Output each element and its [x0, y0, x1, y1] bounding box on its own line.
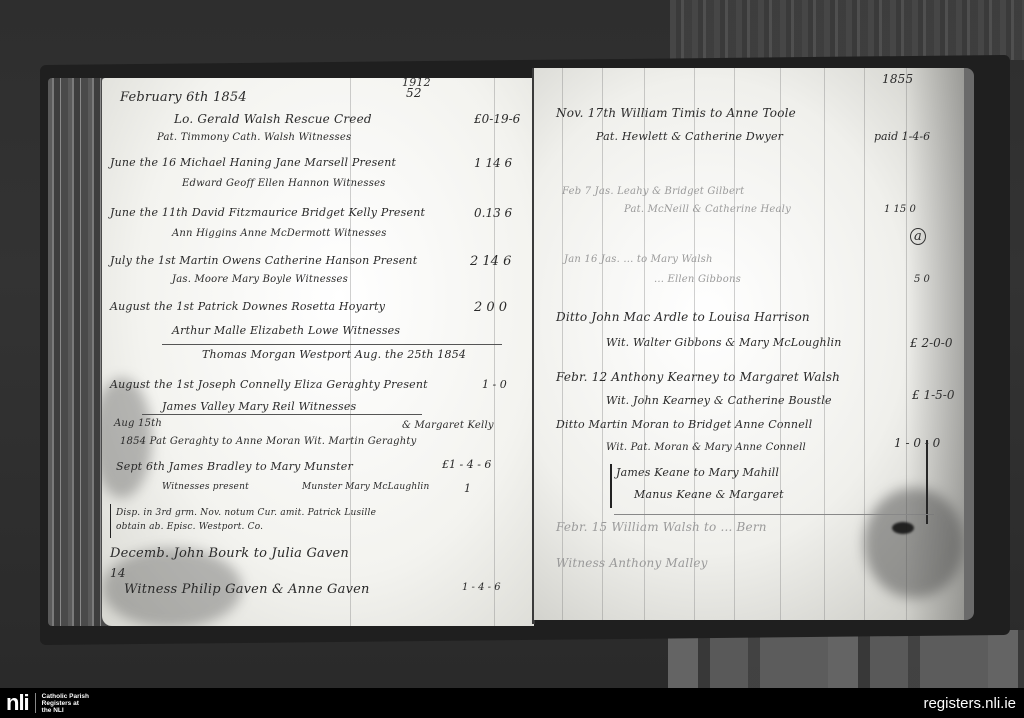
ruled-line — [602, 68, 603, 620]
footer-bar: nli Catholic Parish Registers at the NLI… — [0, 688, 1024, 718]
register-entry-line: February 6th 1854 — [120, 90, 247, 105]
bracket-mark — [926, 440, 928, 524]
logo-caption: Catholic Parish Registers at the NLI — [42, 693, 90, 714]
register-entry-line: Lo. Gerald Walsh Rescue Creed — [174, 112, 372, 126]
register-entry-line: James Valley Mary Reil Witnesses — [162, 400, 356, 413]
separator-line — [614, 514, 934, 515]
register-entry-line: Pat. Timmony Cath. Walsh Witnesses — [157, 132, 351, 143]
register-entry-line: Pat. McNeill & Catherine Healy — [624, 204, 791, 215]
register-entry-line: Disp. in 3rd grm. Nov. notum Cur. amit. … — [116, 508, 376, 518]
logo-caption-line: the NLI — [42, 707, 64, 714]
register-entry-line: Pat. Hewlett & Catherine Dwyer — [596, 130, 783, 143]
register-entry-line: Edward Geoff Ellen Hannon Witnesses — [182, 178, 386, 189]
register-entry-line: ... Ellen Gibbons — [654, 274, 741, 285]
register-entry-line: Witness Philip Gaven & Anne Gaven — [124, 582, 370, 597]
fee-amount: £1 - 4 - 6 — [442, 458, 491, 471]
right-page: 1855 a Nov. 17th William Timis to Anne T… — [534, 68, 974, 620]
register-entry-line: June the 11th David Fitzmaurice Bridget … — [110, 206, 425, 219]
fee-amount: 0.13 6 — [474, 206, 512, 220]
register-entry-line: obtain ab. Episc. Westport. Co. — [116, 522, 263, 532]
fee-amount: £ 1-5-0 — [912, 388, 954, 402]
register-entry-line: Jan 16 Jas. ... to Mary Walsh — [564, 254, 713, 265]
fee-amount: 2 14 6 — [470, 254, 511, 269]
ruled-line — [906, 68, 907, 620]
register-entry-line: August the 1st Patrick Downes Rosetta Ho… — [110, 300, 385, 313]
register-entry-line: Aug 15th — [114, 418, 162, 429]
site-link[interactable]: registers.nli.ie — [923, 695, 1016, 712]
register-scan-image: 1912 52 February 6th 1854Lo. Gerald Wals… — [0, 0, 1024, 688]
register-entry-line: 14 — [110, 566, 126, 580]
register-entry-line: Febr. 12 Anthony Kearney to Margaret Wal… — [556, 370, 840, 384]
register-entry-line: June the 16 Michael Haning Jane Marsell … — [110, 156, 396, 169]
book-page-edges — [48, 78, 110, 626]
nli-logo-mark: nli — [6, 692, 29, 714]
register-entry-line: Wit. John Kearney & Catherine Boustle — [606, 394, 832, 407]
separator-line — [142, 414, 422, 415]
fee-amount: paid 1-4-6 — [874, 130, 930, 143]
ink-stain — [864, 488, 964, 598]
fee-amount: 1 - 4 - 6 — [462, 582, 501, 593]
background-wood-texture — [670, 0, 1024, 60]
year-heading: 1855 — [882, 72, 913, 86]
register-entry-line: Munster Mary McLaughlin — [302, 482, 429, 492]
bracket-mark — [610, 464, 612, 508]
register-entry-line: Thomas Morgan Westport Aug. the 25th 185… — [202, 348, 466, 361]
logo-caption-line: Catholic Parish — [42, 693, 89, 700]
fee-amount: 1 15 0 — [884, 204, 916, 215]
register-entry-line: July the 1st Martin Owens Catherine Hans… — [110, 254, 417, 267]
register-entry-line: 1854 Pat Geraghty to Anne Moran Wit. Mar… — [120, 436, 417, 447]
separator-line — [162, 344, 502, 345]
register-entry-line: Wit. Pat. Moran & Mary Anne Connell — [606, 442, 806, 453]
register-entry-line: Manus Keane & Margaret — [634, 488, 784, 501]
register-entry-line: Arthur Malle Elizabeth Lowe Witnesses — [172, 324, 400, 337]
register-entry-line: Ann Higgins Anne McDermott Witnesses — [172, 228, 387, 239]
fee-amount: 1 - 0 - 0 — [894, 436, 940, 450]
register-entry-line: Jas. Moore Mary Boyle Witnesses — [172, 274, 348, 285]
register-entry-line: Febr. 15 William Walsh to ... Bern — [556, 520, 767, 534]
register-entry-line: James Keane to Mary Mahill — [616, 466, 779, 479]
register-entry-line: Wit. Walter Gibbons & Mary McLoughlin — [606, 336, 842, 349]
logo-caption-line: Registers at — [42, 700, 79, 707]
left-page: 1912 52 February 6th 1854Lo. Gerald Wals… — [102, 78, 534, 626]
register-entry-line: Feb 7 Jas. Leahy & Bridget Gilbert — [562, 186, 744, 197]
register-entry-line: Nov. 17th William Timis to Anne Toole — [556, 106, 796, 120]
ruled-line — [562, 68, 563, 620]
register-entry-line: Witnesses present — [162, 482, 249, 492]
nli-logo[interactable]: nli Catholic Parish Registers at the NLI — [6, 692, 90, 714]
fee-amount: 1 - 0 — [482, 378, 507, 391]
fee-amount: 1 — [464, 482, 471, 495]
fee-amount: 1 14 6 — [474, 156, 512, 170]
bracket-mark — [110, 504, 111, 538]
background-bottom-texture — [668, 630, 1024, 688]
register-entry-line: Witness Anthony Malley — [556, 556, 708, 570]
fee-amount: 5 0 — [914, 274, 930, 285]
page-number: 52 — [406, 86, 422, 100]
ink-blot — [892, 522, 914, 534]
circled-mark: a — [910, 228, 926, 245]
register-entry-line: Ditto Martin Moran to Bridget Anne Conne… — [556, 418, 812, 431]
logo-divider — [35, 693, 36, 713]
register-entry-line: Sept 6th James Bradley to Mary Munster — [116, 460, 353, 473]
register-entry-line: Decemb. John Bourk to Julia Gaven — [110, 546, 349, 561]
fee-amount: £ 2-0-0 — [910, 336, 952, 350]
register-entry-line: August the 1st Joseph Connelly Eliza Ger… — [110, 378, 428, 391]
register-entry-line: Ditto John Mac Ardle to Louisa Harrison — [556, 310, 810, 324]
fee-amount: £0-19-6 — [474, 112, 520, 126]
fee-amount: 2 0 0 — [474, 300, 507, 315]
register-entry-line: & Margaret Kelly — [402, 420, 494, 431]
